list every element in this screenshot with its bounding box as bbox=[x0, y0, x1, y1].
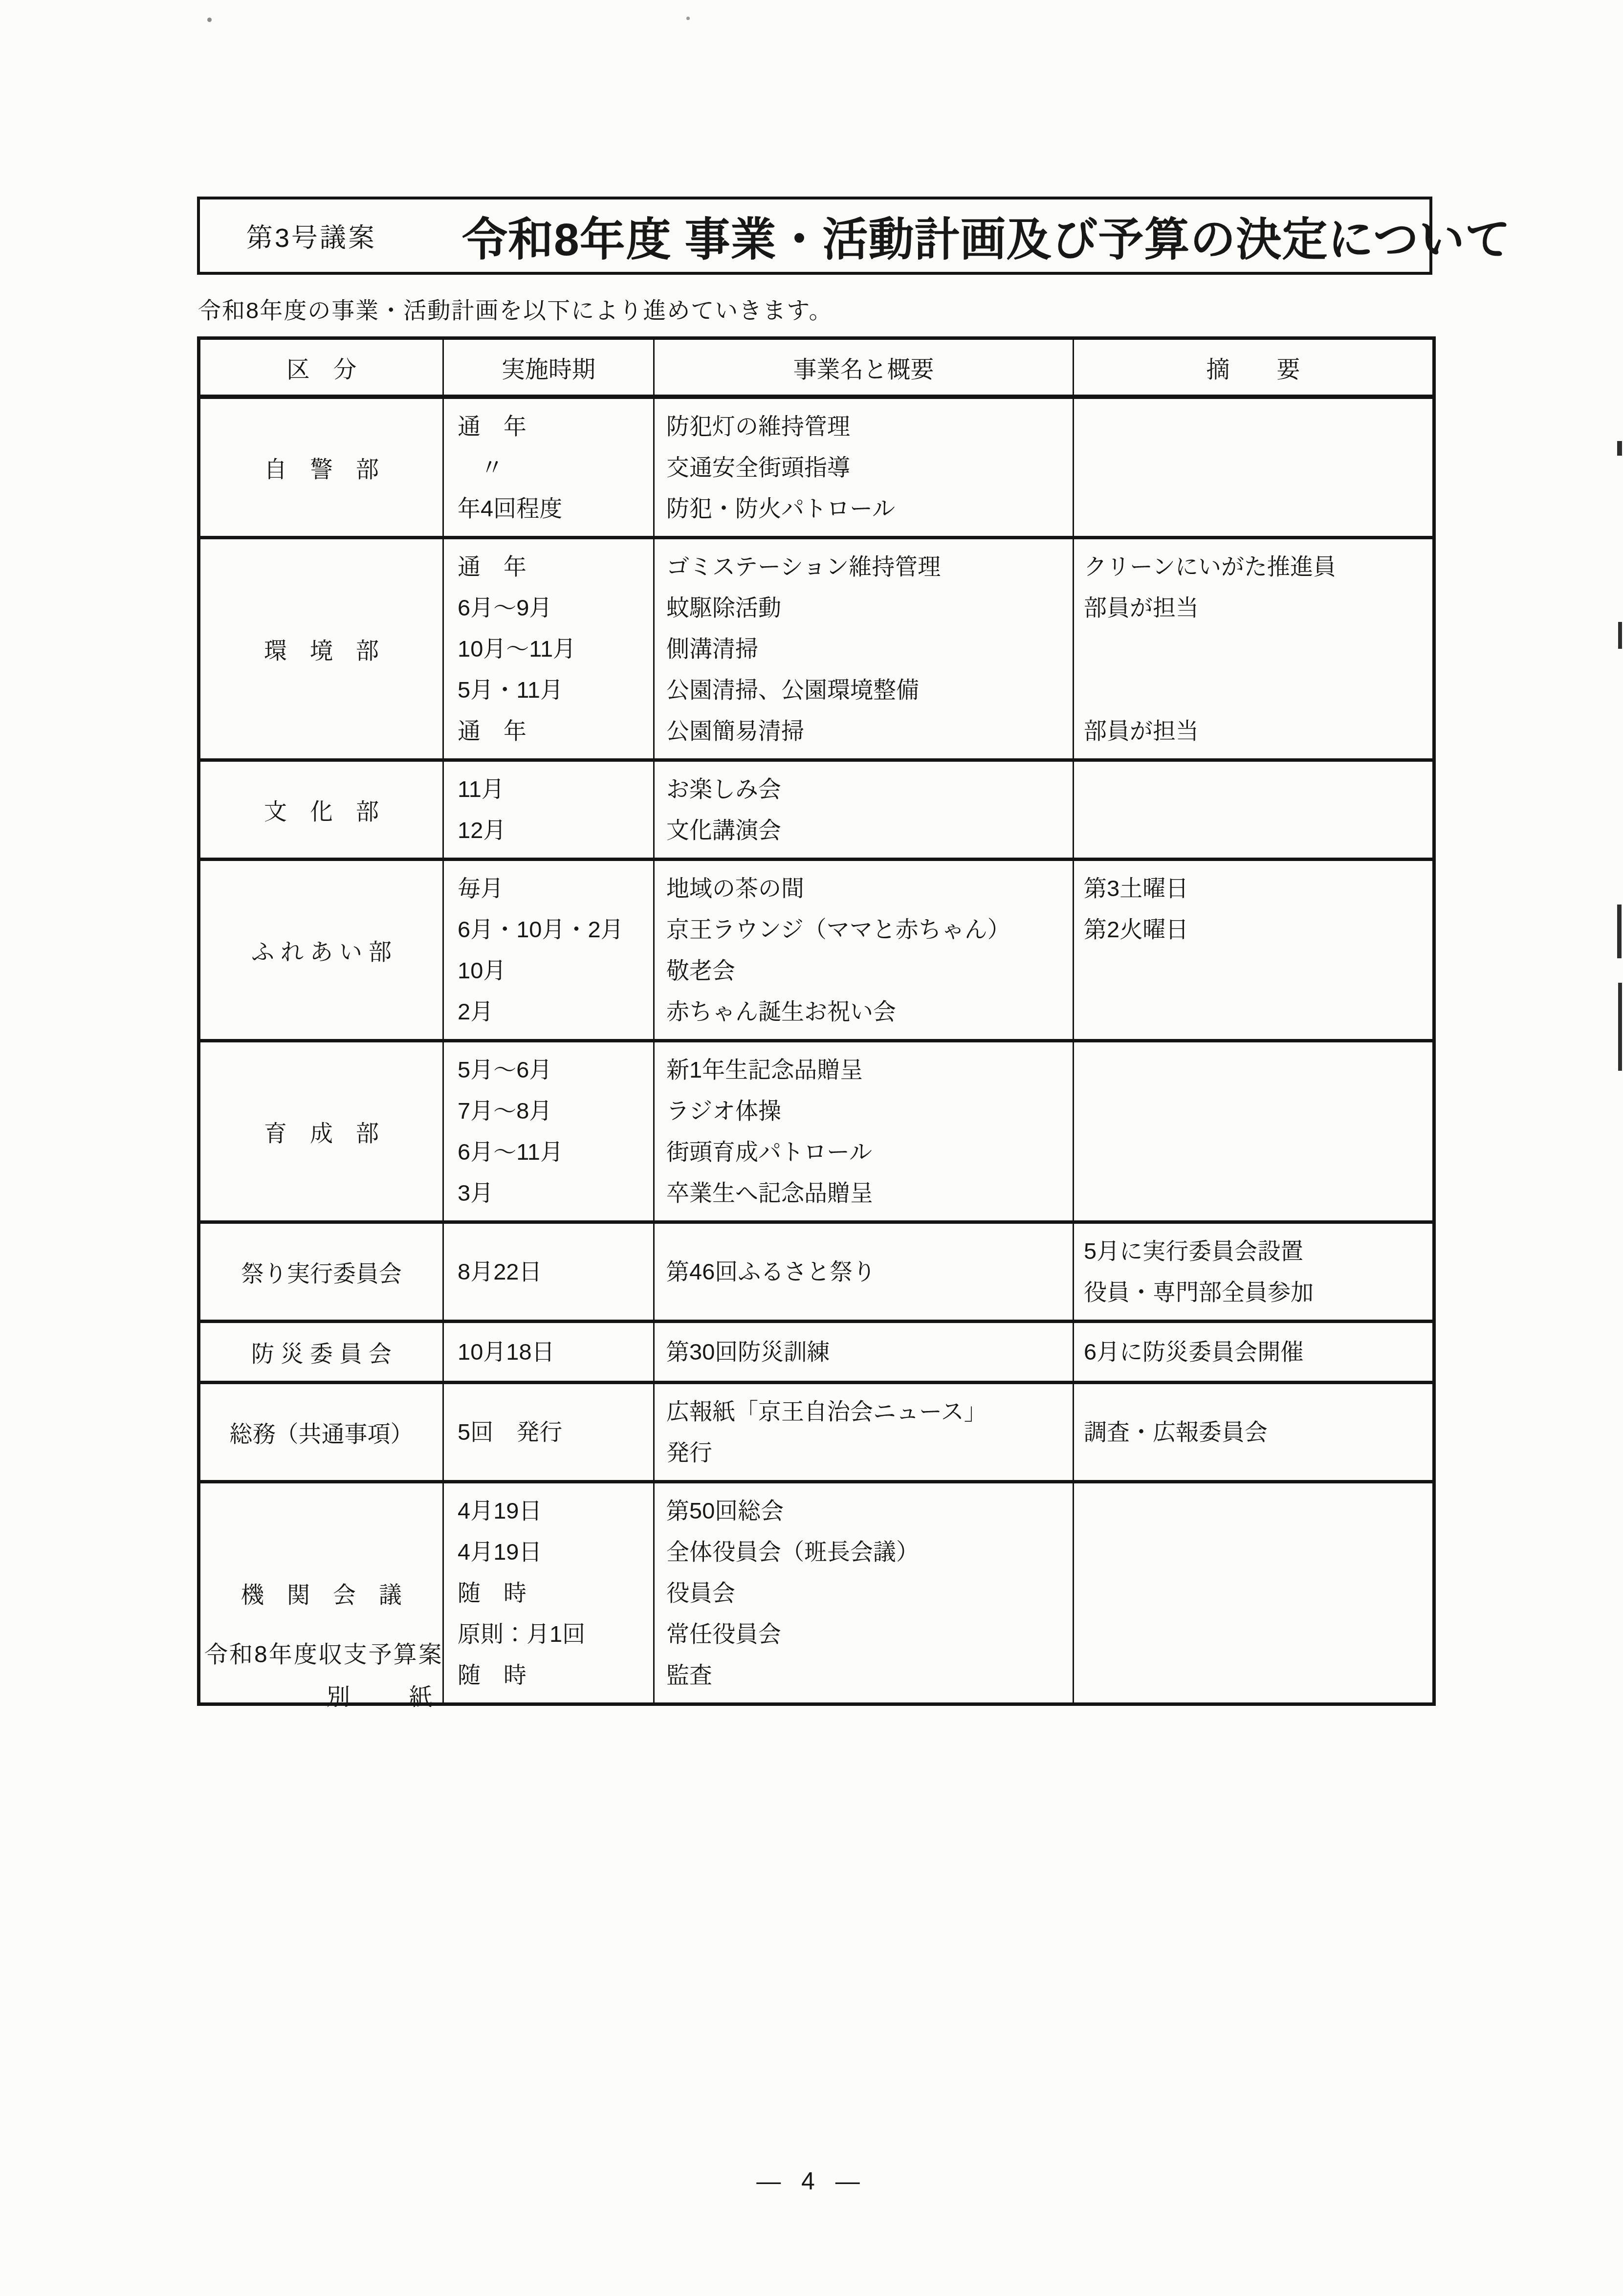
note-line bbox=[1084, 1572, 1432, 1613]
document-page: 第3号議案 令和8年度 事業・活動計画及び予算の決定について 令和8年度の事業・… bbox=[0, 0, 1623, 2296]
category-cell: 祭り実行委員会 bbox=[199, 1222, 443, 1322]
category-cell: 総務（共通事項） bbox=[199, 1383, 443, 1482]
program-cell: 第30回防災訓練 bbox=[654, 1322, 1074, 1383]
period-cell: 10月18日 bbox=[443, 1322, 654, 1383]
program-line: 防犯灯の維持管理 bbox=[666, 406, 1073, 447]
category-label: 防 災 委 員 会 bbox=[251, 1341, 392, 1367]
period-line: 5月・11月 bbox=[458, 669, 653, 710]
category-label: ふ れ あ い 部 bbox=[251, 939, 392, 965]
category-label: 環 境 部 bbox=[264, 638, 379, 663]
table-row: ふ れ あ い 部毎月6月・10月・2月10月2月地域の茶の間京王ラウンジ（ママ… bbox=[199, 860, 1434, 1041]
category-cell: 防 災 委 員 会 bbox=[199, 1322, 443, 1383]
note-line bbox=[1084, 488, 1432, 529]
col-header-program: 事業名と概要 bbox=[654, 338, 1074, 397]
program-cell: 防犯灯の維持管理交通安全街頭指導防犯・防火パトロール bbox=[654, 397, 1074, 538]
category-label: 自 警 部 bbox=[264, 456, 379, 482]
period-line: 8月22日 bbox=[458, 1251, 653, 1292]
program-line: 卒業生へ記念品贈呈 bbox=[666, 1172, 1073, 1214]
scan-artifact bbox=[207, 18, 212, 22]
period-line: 原則：月1回 bbox=[458, 1613, 653, 1655]
scan-artifact bbox=[1618, 622, 1622, 649]
program-line: 公園簡易清掃 bbox=[666, 710, 1073, 751]
program-line: 防犯・防火パトロール bbox=[666, 488, 1073, 529]
period-line: 通 年 bbox=[458, 406, 653, 447]
note-cell bbox=[1074, 1041, 1434, 1222]
scan-artifact bbox=[686, 17, 690, 20]
note-line bbox=[1084, 406, 1432, 447]
category-cell: ふ れ あ い 部 bbox=[199, 860, 443, 1041]
col-header-period: 実施時期 bbox=[443, 338, 654, 397]
category-cell: 機 関 会 議 bbox=[199, 1482, 443, 1704]
table-row: 総務（共通事項）5回 発行広報紙「京王自治会ニュース」発行調査・広報委員会 bbox=[199, 1383, 1434, 1482]
period-line: 随 時 bbox=[458, 1572, 653, 1613]
note-line bbox=[1084, 1531, 1432, 1572]
period-cell: 通 年 〃年4回程度 bbox=[443, 397, 654, 538]
category-label: 文 化 部 bbox=[264, 798, 379, 824]
note-line bbox=[1084, 1131, 1432, 1172]
period-line: 10月 bbox=[458, 950, 653, 991]
note-cell: 6月に防災委員会開催 bbox=[1074, 1322, 1434, 1383]
program-line: 第50回総会 bbox=[666, 1490, 1073, 1531]
category-cell: 文 化 部 bbox=[199, 760, 443, 860]
period-line: 7月～8月 bbox=[458, 1090, 653, 1131]
program-line: 敬老会 bbox=[666, 950, 1073, 991]
period-line: 通 年 bbox=[458, 710, 653, 751]
note-line bbox=[1084, 991, 1432, 1032]
period-line: 10月18日 bbox=[458, 1331, 653, 1372]
note-line bbox=[1084, 1655, 1432, 1696]
table-header-row: 区 分 実施時期 事業名と概要 摘 要 bbox=[199, 338, 1434, 397]
table-row: 文 化 部11月12月お楽しみ会文化講演会 bbox=[199, 760, 1434, 860]
note-line: 第2火曜日 bbox=[1084, 909, 1432, 950]
period-line: 4月19日 bbox=[458, 1531, 653, 1572]
note-line: 5月に実行委員会設置 bbox=[1084, 1231, 1432, 1272]
note-line bbox=[1084, 447, 1432, 488]
period-line: 6月～9月 bbox=[458, 587, 653, 628]
program-cell: 地域の茶の間京王ラウンジ（ママと赤ちゃん）敬老会赤ちゃん誕生お祝い会 bbox=[654, 860, 1074, 1041]
period-line: 2月 bbox=[458, 991, 653, 1032]
program-cell: ゴミステーション維持管理蚊駆除活動側溝清掃公園清掃、公園環境整備公園簡易清掃 bbox=[654, 538, 1074, 760]
category-cell: 自 警 部 bbox=[199, 397, 443, 538]
note-line bbox=[1084, 1049, 1432, 1090]
col-header-notes: 摘 要 bbox=[1074, 338, 1434, 397]
period-line: 〃 bbox=[458, 447, 653, 488]
note-line bbox=[1084, 810, 1432, 851]
program-line: 新1年生記念品贈呈 bbox=[666, 1049, 1073, 1090]
note-cell bbox=[1074, 760, 1434, 860]
program-line: 地域の茶の間 bbox=[666, 868, 1073, 909]
period-cell: 11月12月 bbox=[443, 760, 654, 860]
table-row: 防 災 委 員 会10月18日第30回防災訓練6月に防災委員会開催 bbox=[199, 1322, 1434, 1383]
program-line: 街頭育成パトロール bbox=[666, 1131, 1073, 1172]
period-line: 3月 bbox=[458, 1172, 653, 1214]
table-row: 祭り実行委員会8月22日第46回ふるさと祭り5月に実行委員会設置役員・専門部全員… bbox=[199, 1222, 1434, 1322]
program-line: 常任役員会 bbox=[666, 1613, 1073, 1655]
period-line: 年4回程度 bbox=[458, 488, 653, 529]
note-line bbox=[1084, 1090, 1432, 1131]
program-line: 文化講演会 bbox=[666, 810, 1073, 851]
period-line: 通 年 bbox=[458, 546, 653, 587]
note-line: 調査・広報委員会 bbox=[1084, 1412, 1432, 1453]
period-cell: 5月～6月7月～8月6月～11月3月 bbox=[443, 1041, 654, 1222]
table-row: 自 警 部通 年 〃年4回程度防犯灯の維持管理交通安全街頭指導防犯・防火パトロー… bbox=[199, 397, 1434, 538]
program-line: 公園清掃、公園環境整備 bbox=[666, 669, 1073, 710]
program-line: 交通安全街頭指導 bbox=[666, 447, 1073, 488]
note-line bbox=[1084, 769, 1432, 810]
program-line: 蚊駆除活動 bbox=[666, 587, 1073, 628]
table-row: 育 成 部5月～6月7月～8月6月～11月3月新1年生記念品贈呈ラジオ体操街頭育… bbox=[199, 1041, 1434, 1222]
period-line: 10月～11月 bbox=[458, 628, 653, 669]
period-line: 11月 bbox=[458, 769, 653, 810]
program-line: 第46回ふるさと祭り bbox=[666, 1251, 1073, 1292]
program-line: 監査 bbox=[666, 1655, 1073, 1696]
note-line bbox=[1084, 1490, 1432, 1531]
period-line: 6月・10月・2月 bbox=[458, 909, 653, 950]
period-line: 12月 bbox=[458, 810, 653, 851]
table-row: 機 関 会 議4月19日4月19日随 時原則：月1回随 時第50回総会全体役員会… bbox=[199, 1482, 1434, 1704]
note-line: 役員・専門部全員参加 bbox=[1084, 1272, 1432, 1313]
period-cell: 毎月6月・10月・2月10月2月 bbox=[443, 860, 654, 1041]
page-title: 令和8年度 事業・活動計画及び予算の決定について bbox=[462, 203, 1511, 268]
note-cell: 5月に実行委員会設置役員・専門部全員参加 bbox=[1074, 1222, 1434, 1322]
agenda-item-label: 第3号議案 bbox=[246, 217, 376, 255]
period-cell: 通 年6月～9月10月～11月5月・11月通 年 bbox=[443, 538, 654, 760]
program-cell: 第50回総会全体役員会（班長会議）役員会常任役員会監査 bbox=[654, 1482, 1074, 1704]
note-line bbox=[1084, 1613, 1432, 1655]
category-cell: 環 境 部 bbox=[199, 538, 443, 760]
scan-artifact bbox=[1617, 905, 1622, 958]
category-label: 育 成 部 bbox=[264, 1120, 379, 1146]
program-cell: 新1年生記念品贈呈ラジオ体操街頭育成パトロール卒業生へ記念品贈呈 bbox=[654, 1041, 1074, 1222]
page-number: ― 4 ― bbox=[0, 2167, 1623, 2195]
period-line: 5回 発行 bbox=[458, 1412, 653, 1453]
period-line: 4月19日 bbox=[458, 1490, 653, 1531]
program-line: 発行 bbox=[666, 1432, 1073, 1473]
scan-artifact bbox=[1617, 441, 1622, 456]
period-line: 毎月 bbox=[458, 868, 653, 909]
program-cell: お楽しみ会文化講演会 bbox=[654, 760, 1074, 860]
period-cell: 4月19日4月19日随 時原則：月1回随 時 bbox=[443, 1482, 654, 1704]
period-line: 6月～11月 bbox=[458, 1131, 653, 1172]
title-box: 第3号議案 令和8年度 事業・活動計画及び予算の決定について bbox=[197, 197, 1432, 275]
note-line: 6月に防災委員会開催 bbox=[1084, 1331, 1432, 1372]
table-row: 環 境 部通 年6月～9月10月～11月5月・11月通 年ゴミステーション維持管… bbox=[199, 538, 1434, 760]
program-line: 広報紙「京王自治会ニュース」 bbox=[666, 1391, 1073, 1432]
program-line: 全体役員会（班長会議） bbox=[666, 1531, 1073, 1572]
note-line: クリーンにいがた推進員 bbox=[1084, 546, 1432, 587]
program-line: 京王ラウンジ（ママと赤ちゃん） bbox=[666, 909, 1073, 950]
activity-plan-table: 区 分 実施時期 事業名と概要 摘 要 自 警 部通 年 〃年4回程度防犯灯の維… bbox=[197, 336, 1436, 1706]
program-line: 側溝清掃 bbox=[666, 628, 1073, 669]
note-cell bbox=[1074, 397, 1434, 538]
note-line: 部員が担当 bbox=[1084, 587, 1432, 628]
scan-artifact bbox=[1618, 983, 1622, 1071]
period-line: 随 時 bbox=[458, 1655, 653, 1696]
note-line: 部員が担当 bbox=[1084, 710, 1432, 751]
note-cell: 第3土曜日第2火曜日 bbox=[1074, 860, 1434, 1041]
note-cell: クリーンにいがた推進員部員が担当部員が担当 bbox=[1074, 538, 1434, 760]
period-line: 5月～6月 bbox=[458, 1049, 653, 1090]
program-cell: 広報紙「京王自治会ニュース」発行 bbox=[654, 1383, 1074, 1482]
period-cell: 5回 発行 bbox=[443, 1383, 654, 1482]
category-label: 機 関 会 議 bbox=[241, 1582, 402, 1608]
program-line: 第30回防災訓練 bbox=[666, 1331, 1073, 1372]
category-label: 総務（共通事項） bbox=[230, 1421, 414, 1447]
note-line: 第3土曜日 bbox=[1084, 868, 1432, 909]
program-line: 赤ちゃん誕生お祝い会 bbox=[666, 991, 1073, 1032]
category-cell: 育 成 部 bbox=[199, 1041, 443, 1222]
col-header-category: 区 分 bbox=[199, 338, 443, 397]
note-line bbox=[1084, 669, 1432, 710]
program-cell: 第46回ふるさと祭り bbox=[654, 1222, 1074, 1322]
note-cell bbox=[1074, 1482, 1434, 1704]
program-line: ラジオ体操 bbox=[666, 1090, 1073, 1131]
intro-text: 令和8年度の事業・活動計画を以下により進めていきます。 bbox=[198, 292, 833, 325]
attachment-note: 別 紙 bbox=[327, 1678, 436, 1712]
note-line bbox=[1084, 628, 1432, 669]
program-line: お楽しみ会 bbox=[666, 769, 1073, 810]
program-line: 役員会 bbox=[666, 1572, 1073, 1613]
period-cell: 8月22日 bbox=[443, 1222, 654, 1322]
budget-plan-label: 令和8年度収支予算案 bbox=[204, 1635, 443, 1669]
note-line bbox=[1084, 950, 1432, 991]
program-line: ゴミステーション維持管理 bbox=[666, 546, 1073, 587]
category-label: 祭り実行委員会 bbox=[241, 1260, 402, 1286]
note-line bbox=[1084, 1172, 1432, 1214]
note-cell: 調査・広報委員会 bbox=[1074, 1383, 1434, 1482]
